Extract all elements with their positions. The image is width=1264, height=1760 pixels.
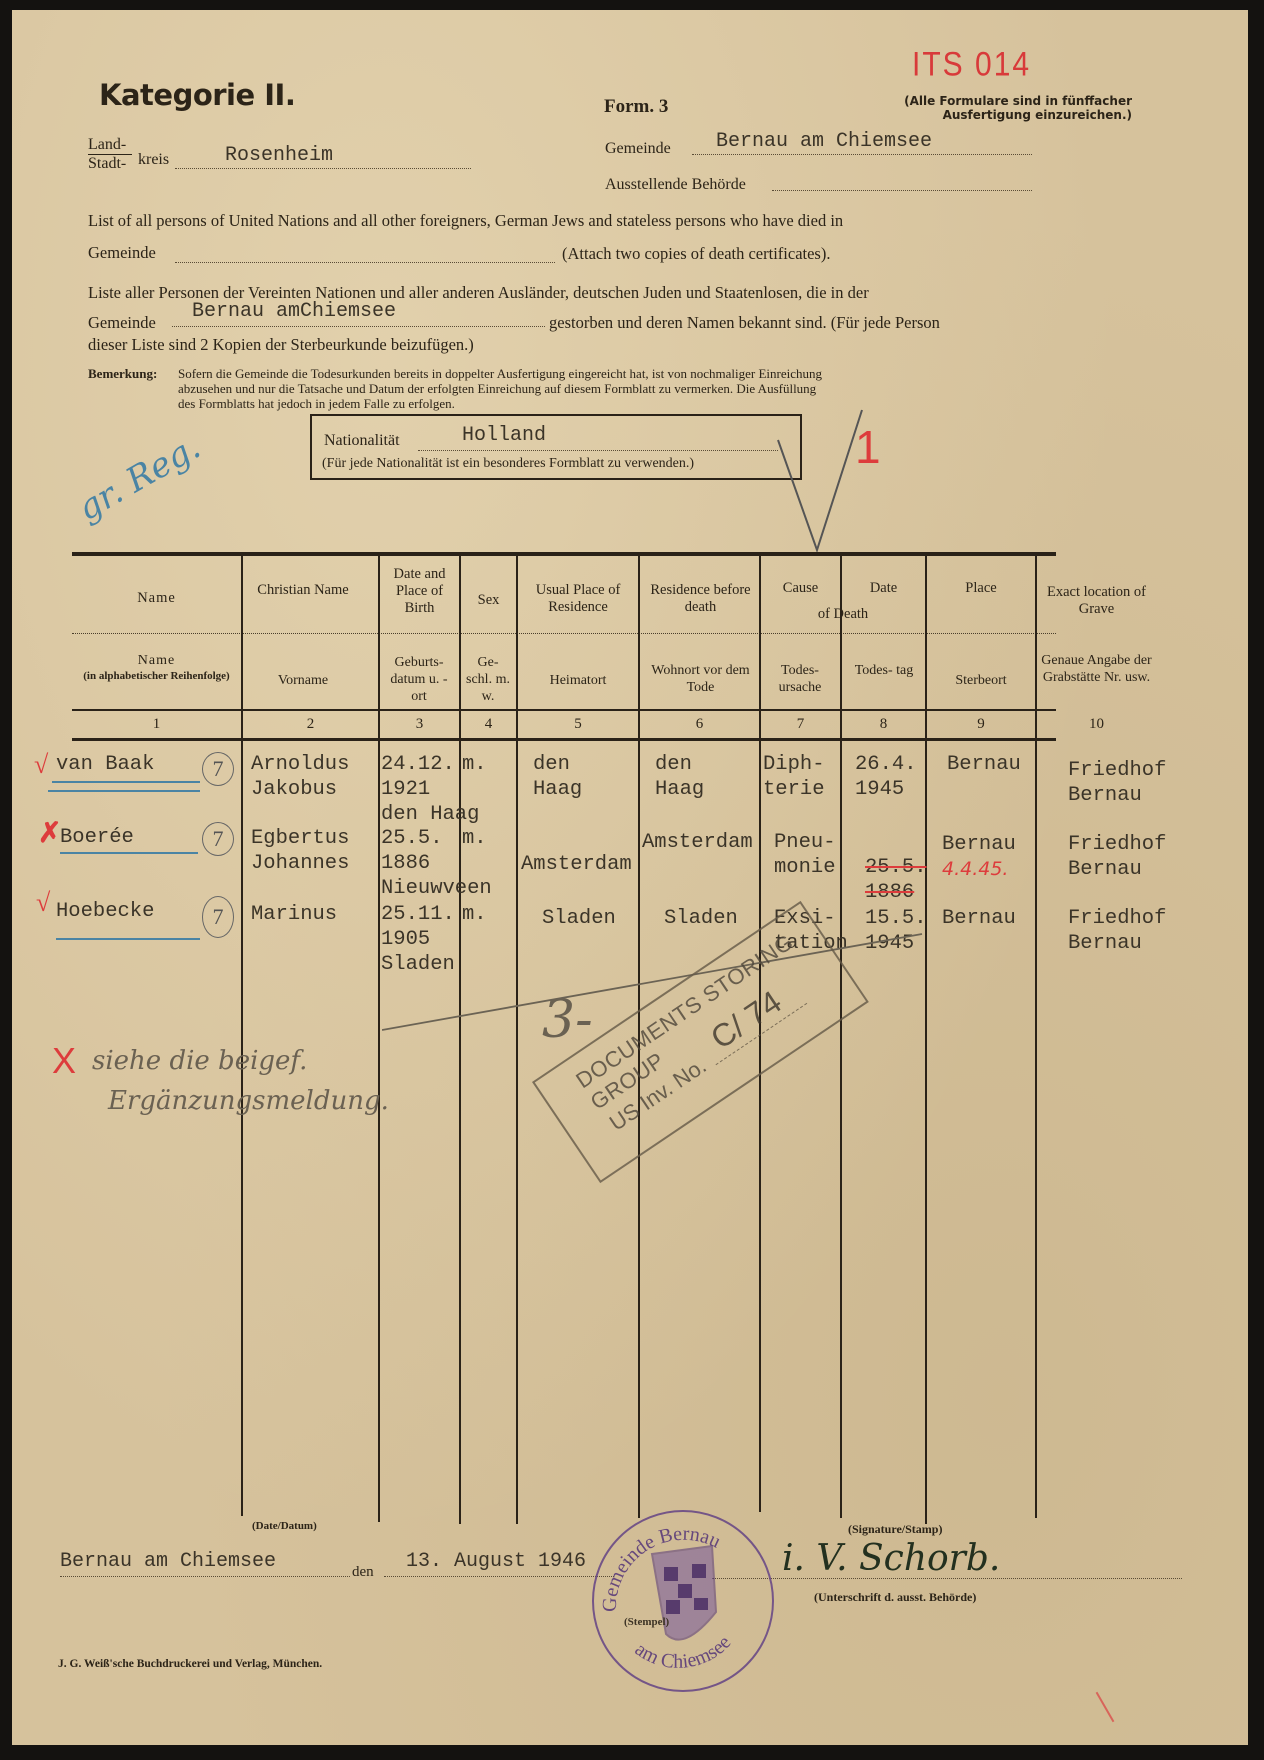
copies-note-line1: (Alle Formulare sind in fünffacher [904,94,1132,108]
header-residence-before-death: Residence before death [648,582,753,616]
cell-name: van Baak [56,752,154,777]
header-birth: Date and Place of Birth [380,566,459,617]
remark-text: Sofern die Gemeinde die Todesurkunden be… [178,366,1033,411]
signature-label: (Signature/Stamp) [848,1522,942,1537]
cell-place-of-death: Bernau [942,832,1016,857]
handwritten-registration-note: gr. Reg. [71,427,207,529]
header-de-vorname: Vorname [248,672,358,689]
printer-imprint: J. G. Weiß'sche Buchdruckerei und Verlag… [58,1658,322,1670]
red-number-mark: 1 [855,420,881,474]
municipal-seal: Gemeinde Bernau am Chiemsee (Stempel) [592,1510,774,1692]
cell-grave: Friedhof Bernau [1068,832,1166,882]
col-number: 7 [761,716,840,733]
header-de-name-sub: (in alphabetischer Reihenfolge) [72,670,241,682]
remark-label: Bemerkung: [88,366,157,381]
col-divider [516,556,518,1524]
cell-residence-before-death: Sladen [664,906,738,931]
table-body-top-rule [72,738,1056,741]
stadt-label: Stadt- [88,155,132,173]
header-de-sex: Ge- schl. m. w. [463,654,513,705]
col-divider [1035,556,1037,1518]
cell-sex: m. [462,752,487,777]
table-header-bottom-rule [72,709,1056,711]
remark-line2: abzusehen und nur die Tatsache und Datum… [178,381,1033,396]
circled-number-mark: 7 [202,752,234,786]
blue-underline [56,938,200,940]
cell-residence-before-death: Amsterdam [642,830,753,855]
header-de-grave: Genaue Angabe der Grabstätte Nr. usw. [1037,652,1156,686]
nationality-value: Holland [462,424,546,447]
col-divider [378,556,380,1522]
circled-number-mark: 7 [202,822,234,856]
signature-label-de: (Unterschrift d. ausst. Behörde) [814,1590,976,1605]
intro-en-gemeinde-field[interactable] [175,246,555,263]
cell-residence-before-death: den Haag [655,752,704,802]
cell-sex: m. [462,902,487,927]
seal-emblem-icon: Gemeinde Bernau am Chiemsee [594,1512,772,1690]
header-grave: Exact location of Grave [1037,584,1156,618]
blue-underline [52,781,200,783]
copies-note-line2: Ausfertigung einzureichen.) [904,108,1132,122]
col-number: 3 [380,716,459,733]
place-field[interactable]: Bernau am Chiemsee [60,1550,350,1577]
header-date: Date [842,580,925,597]
cell-place-of-death: Bernau [947,752,1021,777]
red-check-icon: √ [36,888,50,918]
date-value: 13. August 1946 [406,1550,586,1573]
behoerde-field[interactable] [772,172,1032,191]
col-divider [925,556,927,1524]
kreis-value: Rosenheim [225,144,333,167]
red-x-mark: X [52,1040,76,1082]
header-de-name: Name [72,652,241,669]
red-cross-check-icon: ✗ [38,816,61,850]
gemeinde-value: Bernau am Chiemsee [716,130,932,153]
header-name: Name [72,590,241,607]
nationality-label: Nationalität [324,432,400,450]
intro-en-suffix: (Attach two copies of death certificates… [562,243,830,265]
cell-cause: Diph- terie [763,752,825,802]
intro-de-line3: dieser Liste sind 2 Kopien der Sterbeurk… [88,334,474,356]
nationality-box: Nationalität Holland (Für jede Nationali… [310,414,802,480]
header-de-todesursache: Todes- ursache [764,662,836,696]
remark-line3: des Formblatts hat jedoch in jedem Falle… [178,396,1033,411]
header-place: Place [927,580,1035,597]
nationality-field[interactable]: Holland [418,426,778,451]
col-number: 5 [518,716,638,733]
cell-usual-residence: den Haag [533,752,582,802]
header-usual-residence: Usual Place of Residence [518,582,638,616]
cell-usual-residence: Sladen [542,906,616,931]
cell-date-of-death-struck: 25.5. 1886 [865,855,927,905]
col-number: 1 [72,716,241,733]
stempel-label: (Stempel) [624,1616,669,1628]
cell-grave: Friedhof Bernau [1068,906,1166,956]
intro-de-suffix: gestorben und deren Namen bekannt sind. … [549,312,940,334]
document-page: Kategorie II. Form. 3 ITS 014 (Alle Form… [12,10,1248,1745]
gemeinde-field[interactable]: Bernau am Chiemsee [692,130,1032,155]
col-number: 2 [243,716,378,733]
remark-line1: Sofern die Gemeinde die Todesurkunden be… [178,366,1033,381]
cell-christian-name: Arnoldus Jakobus [251,752,349,802]
col-divider [241,556,243,1516]
date-field[interactable]: 13. August 1946 [384,1550,614,1577]
col-number: 9 [927,716,1035,733]
archive-stamp: ITS 014 [912,45,1031,84]
handwritten-signature: i. V. Schorb. [782,1538,1000,1579]
behoerde-label: Ausstellende Behörde [605,176,746,194]
col-number: 4 [461,716,516,733]
nationality-note: (Für jede Nationalität ist ein besondere… [322,456,694,472]
header-cause: Cause [761,580,840,597]
header-de-sterbeort: Sterbeort [927,672,1035,689]
cell-cause: Pneu- monie [774,830,836,880]
land-label: Land- [88,136,132,155]
cell-name: Boerée [60,825,134,850]
header-sex: Sex [461,592,516,609]
cell-christian-name: Marinus [251,902,337,927]
header-christian-name: Christian Name [248,582,358,599]
intro-en-line1: List of all persons of United Nations an… [88,210,1033,232]
header-de-todestag: Todes- tag [852,662,916,679]
table-header-divider [72,633,1056,634]
header-de-birth: Geburts- datum u. -ort [386,654,452,705]
intro-de-gemeinde-value: Bernau amChiemsee [192,300,396,323]
intro-de-gemeinde-field[interactable]: Bernau amChiemsee [172,302,545,327]
red-date-correction: 4.4.45. [942,858,1008,880]
header-de-heimatort: Heimatort [518,672,638,689]
header-de-wohnort: Wohnort vor dem Tode [648,662,753,696]
col-divider [459,556,461,1524]
col-number: 8 [842,716,925,733]
col-number: 6 [640,716,759,733]
cell-grave: Friedhof Bernau [1068,758,1166,808]
blue-underline [48,790,200,792]
date-label: (Date/Datum) [252,1520,317,1532]
cell-name: Hoebecke [56,899,154,924]
place-value: Bernau am Chiemsee [60,1550,276,1573]
pencil-note-line1: siehe die beigef. [92,1046,307,1076]
pencil-mark: 3- [542,990,593,1050]
circled-number-mark: 7 [202,896,234,938]
blue-underline [60,852,198,854]
form-number: Form. 3 [604,96,668,118]
cell-sex: m. [462,826,487,851]
intro-en-gemeinde-label: Gemeinde [88,242,156,264]
cell-place-of-death: Bernau [942,906,1016,931]
kreis-label: kreis [138,151,169,169]
copies-note: (Alle Formulare sind in fünffacher Ausfe… [904,94,1132,122]
col-number: 10 [1037,716,1156,733]
kreis-field[interactable]: Rosenheim [175,146,471,169]
pencil-note-line2: Ergänzungsmeldung. [108,1086,389,1116]
cell-usual-residence: Amsterdam [521,852,632,877]
gemeinde-label: Gemeinde [605,140,671,158]
category-title: Kategorie II. [99,78,295,112]
red-margin-mark [1096,1692,1115,1722]
cell-date-of-death: 26.4. 1945 [855,752,917,802]
header-of-death: of Death [761,606,925,623]
table-top-rule [72,552,1056,556]
den-label: den [352,1564,374,1581]
kreis-label-group: Land- Stadt- [88,136,132,173]
cell-christian-name: Egbertus Johannes [251,826,349,876]
red-check-icon: √ [34,750,48,780]
intro-de-gemeinde-label: Gemeinde [88,312,156,334]
